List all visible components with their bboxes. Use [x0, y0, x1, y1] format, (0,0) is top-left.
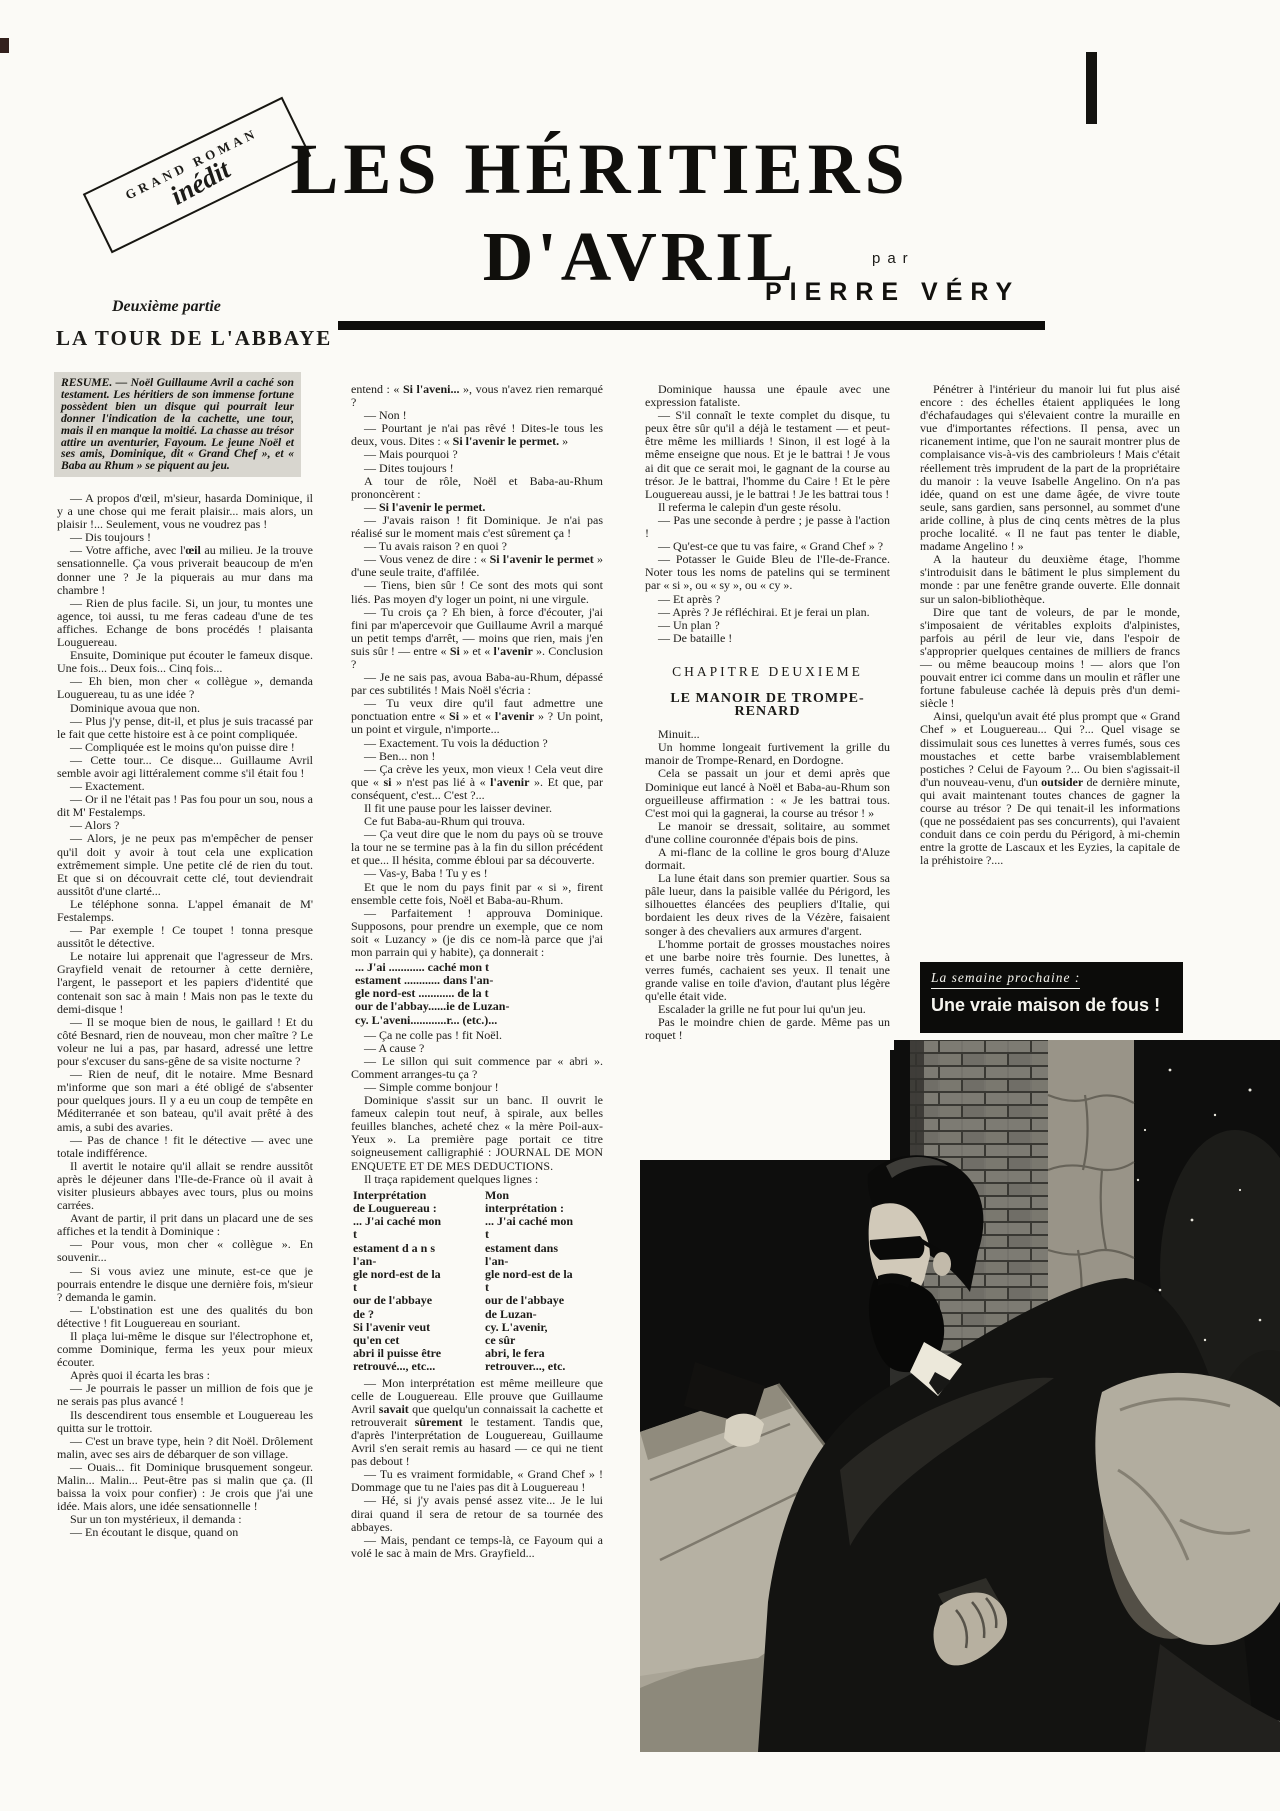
paragraph: — Cette tour... Ce disque... Guillaume A… [57, 754, 313, 780]
paragraph: — Dites toujours ! [351, 462, 603, 475]
paragraph: — Le sillon qui suit commence par « abri… [351, 1055, 603, 1081]
paragraph: Pas le moindre chien de garde. Même pas … [645, 1016, 890, 1042]
left-hand [724, 1414, 764, 1447]
paragraph: — Si vous aviez une minute, est-ce que j… [57, 1265, 313, 1304]
paragraph: — Potasser le Guide Bleu de l'Ile-de-Fra… [645, 553, 890, 592]
paragraph: Dominique haussa une épaule avec une exp… [645, 383, 890, 409]
paragraph: — Votre affiche, avec l'œil au milieu. J… [57, 544, 313, 596]
paragraph: — Exactement. Tu vois la déduction ? [351, 737, 603, 750]
interp-line: retrouvé..., etc... [353, 1360, 471, 1373]
paragraph: Dominique s'assit sur un banc. Il ouvrit… [351, 1094, 603, 1173]
paragraph: — Ça crève les yeux, mon vieux ! Cela ve… [351, 763, 603, 802]
interp-line: ... J'ai caché mon [353, 1215, 471, 1228]
paragraph: A mi-flanc de la colline le gros bourg d… [645, 846, 890, 872]
paragraph: A la hauteur du deuxième étage, l'homme … [920, 553, 1180, 605]
paragraph: — C'est un brave type, hein ? dit Noël. … [57, 1435, 313, 1461]
paragraph: Un homme longeait furtivement la grille … [645, 741, 890, 767]
paragraph: — Parfaitement ! approuva Dominique. Sup… [351, 907, 603, 959]
interp-line: Si l'avenir veut [353, 1321, 471, 1334]
interp-line: retrouver..., etc. [485, 1360, 603, 1373]
paragraph: A tour de rôle, Noël et Baba-au-Rhum pro… [351, 475, 603, 501]
text-column-4: Pénétrer à l'intérieur du manoir lui fut… [920, 383, 1180, 867]
newspaper-page: GRAND ROMAN inédit LES HÉRITIERS D'AVRIL… [0, 0, 1280, 1811]
disc-text-lines: ... J'ai ............ caché mon testamen… [355, 961, 603, 1026]
interp-line: cy. L'avenir, [485, 1321, 603, 1334]
chapter-heading: CHAPITRE DEUXIEMELE MANOIR DE TROMPE-REN… [645, 665, 890, 718]
paragraph: — Tu veux dire qu'il faut admettre une p… [351, 697, 603, 736]
paragraph: — Pourtant je n'ai pas rêvé ! Dites-le t… [351, 422, 603, 448]
text-column-2: entend : « Si l'aveni... », vous n'avez … [351, 383, 603, 1560]
paragraph: — J'avais raison ! fit Dominique. Je n'a… [351, 514, 603, 540]
interpretation-table: Interprétationde Louguereau :... J'ai ca… [353, 1189, 603, 1374]
interp-line: estament d a n s [353, 1242, 471, 1255]
paragraph: — En écoutant le disque, quand on [57, 1526, 313, 1539]
page-title-line1: LES HÉRITIERS [280, 128, 920, 211]
paragraph: — Alors, je ne peux pas m'empêcher de pe… [57, 832, 313, 897]
paragraph: — Eh bien, mon cher « collègue », demand… [57, 675, 313, 701]
disc-text-line: our de l'abbay......ie de Luzan- [355, 1000, 603, 1013]
paragraph: Dominique avoua que non. [57, 702, 313, 715]
paragraph: — Je pourrais le passer un million de fo… [57, 1382, 313, 1408]
paragraph: — Pas une seconde à perdre ; je passe à … [645, 514, 890, 540]
paragraph: Il plaça lui-même le disque sur l'électr… [57, 1330, 313, 1369]
paragraph: — A propos d'œil, m'sieur, hasarda Domin… [57, 492, 313, 531]
paragraph: — Tiens, bien sûr ! Ce sont des mots qui… [351, 579, 603, 605]
paragraph: Le notaire lui apprenait que l'agresseur… [57, 950, 313, 1015]
paragraph: — L'obstination est une des qualités du … [57, 1304, 313, 1330]
paragraph: — Par exemple ! Ce toupet ! tonna presqu… [57, 924, 313, 950]
interp-header: Mon [485, 1189, 603, 1202]
paragraph: Cela se passait un jour et demi après qu… [645, 767, 890, 819]
grand-roman-stamp: GRAND ROMAN inédit [83, 97, 311, 254]
interp-line: t [353, 1228, 471, 1241]
interp-header: Interprétation [353, 1189, 471, 1202]
paragraph: — Plus j'y pense, dit-il, et plus je sui… [57, 715, 313, 741]
paragraph: entend : « Si l'aveni... », vous n'avez … [351, 383, 603, 409]
text-column-1: — A propos d'œil, m'sieur, hasarda Domin… [57, 492, 313, 1540]
interp-line: gle nord-est de la [485, 1268, 603, 1281]
next-week-label: La semaine prochaine : [931, 970, 1080, 989]
interp-line: gle nord-est de la [353, 1268, 471, 1281]
interp-line: de Luzan- [485, 1308, 603, 1321]
resume-box: RESUME. — Noël Guillaume Avril a caché s… [54, 372, 301, 477]
text-column-3: Dominique haussa une épaule avec une exp… [645, 383, 894, 1050]
interp-line: de ? [353, 1308, 471, 1321]
paragraph: Pénétrer à l'intérieur du manoir lui fut… [920, 383, 1180, 553]
paragraph: — Vous venez de dire : « Si l'avenir le … [351, 553, 603, 579]
disc-text-line: cy. L'aveni............r... (etc.)... [355, 1014, 603, 1027]
chapter-kicker: CHAPITRE DEUXIEME [645, 665, 890, 678]
paragraph: — Ben... non ! [351, 750, 603, 763]
paragraph: — Ça ne colle pas ! fit Noël. [351, 1029, 603, 1042]
interp-line: estament dans [485, 1242, 603, 1255]
paragraph: — Si l'avenir le permet. [351, 501, 603, 514]
paragraph: Ainsi, quelqu'un avait été plus prompt q… [920, 710, 1180, 867]
paragraph: — Vas-y, Baba ! Tu y es ! [351, 867, 603, 880]
ear [933, 1252, 951, 1276]
interp-line: ... J'ai caché mon [485, 1215, 603, 1228]
section-title: LA TOUR DE L'ABBAYE [56, 326, 332, 351]
paragraph: Il traça rapidement quelques lignes : [351, 1173, 603, 1186]
paragraph: Il avertit le notaire qu'il allait se re… [57, 1160, 313, 1212]
interp-line: l'an- [485, 1255, 603, 1268]
interp-line: our de l'abbaye [485, 1294, 603, 1307]
paragraph: — Rien de neuf, dit le notaire. Mme Besn… [57, 1068, 313, 1133]
paragraph: Ensuite, Dominique put écouter le fameux… [57, 649, 313, 675]
paragraph: Il referma le calepin d'un geste résolu. [645, 501, 890, 514]
byline-par: par [872, 250, 915, 267]
paragraph: Avant de partir, il prit dans un placard… [57, 1212, 313, 1238]
paragraph: — Et après ? [645, 593, 890, 606]
paragraph: — S'il connaît le texte complet du disqu… [645, 409, 890, 501]
paragraph: Ils descendirent tous ensemble et Lougue… [57, 1409, 313, 1435]
paragraph: — Mais pourquoi ? [351, 448, 603, 461]
paragraph: — Je ne sais pas, avoua Baba-au-Rhum, dé… [351, 671, 603, 697]
print-artifact-left [0, 38, 9, 53]
paragraph: — Après ? Je réfléchirai. Et je ferai un… [645, 606, 890, 619]
paragraph: — De bataille ! [645, 632, 890, 645]
paragraph: Dire que tant de voleurs, de par le mond… [920, 606, 1180, 711]
paragraph: Le téléphone sonna. L'appel émanait de M… [57, 898, 313, 924]
paragraph: — Ouais... fit Dominique brusquement son… [57, 1461, 313, 1513]
paragraph: Le manoir se dressait, solitaire, au som… [645, 820, 890, 846]
paragraph: — Pas de chance ! fit le détective — ave… [57, 1134, 313, 1160]
interp-right-column: Moninterprétation :... J'ai caché montes… [485, 1189, 603, 1374]
paragraph: Et que le nom du pays finit par « si », … [351, 881, 603, 907]
print-artifact-bar [1086, 52, 1097, 124]
paragraph: — Rien de plus facile. Si, un jour, tu m… [57, 597, 313, 649]
paragraph: La lune était dans son premier quartier.… [645, 872, 890, 937]
paragraph: — Mais, pendant ce temps-là, ce Fayoum q… [351, 1534, 603, 1560]
byline-author: PIERRE VÉRY [765, 278, 1020, 307]
paragraph: — Mon interprétation est même meilleure … [351, 1377, 603, 1469]
paragraph: — Un plan ? [645, 619, 890, 632]
paragraph: L'homme portait de grosses moustaches no… [645, 938, 890, 1003]
interp-left-column: Interprétationde Louguereau :... J'ai ca… [353, 1189, 471, 1374]
chapter-title: LE MANOIR DE TROMPE-RENARD [645, 692, 890, 718]
paragraph: — Compliquée est le moins qu'on puisse d… [57, 741, 313, 754]
paragraph: — Hé, si j'y avais pensé assez vite... J… [351, 1494, 603, 1533]
interp-line: l'an- [353, 1255, 471, 1268]
sunglasses-icon [870, 1236, 925, 1260]
next-week-title: Une vraie maison de fous ! [931, 995, 1172, 1016]
interp-line: our de l'abbaye [353, 1294, 471, 1307]
paragraph: — Tu crois ça ? Eh bien, à force d'écout… [351, 606, 603, 671]
paragraph: — Ça veut dire que le nom du pays où se … [351, 828, 603, 867]
paragraph: — Tu es vraiment formidable, « Grand Che… [351, 1468, 603, 1494]
header-rule [338, 321, 1045, 330]
part-label: Deuxième partie [112, 298, 221, 316]
illustration [640, 1040, 1280, 1752]
paragraph: — Il se moque bien de nous, le gaillard … [57, 1016, 313, 1068]
paragraph: — A cause ? [351, 1042, 603, 1055]
next-week-badge: La semaine prochaine : Une vraie maison … [920, 962, 1183, 1033]
paragraph: — Or il ne l'était pas ! Pas fou pour un… [57, 793, 313, 819]
paragraph: — Pour vous, mon cher « collègue ». En s… [57, 1238, 313, 1264]
interp-line: t [485, 1228, 603, 1241]
